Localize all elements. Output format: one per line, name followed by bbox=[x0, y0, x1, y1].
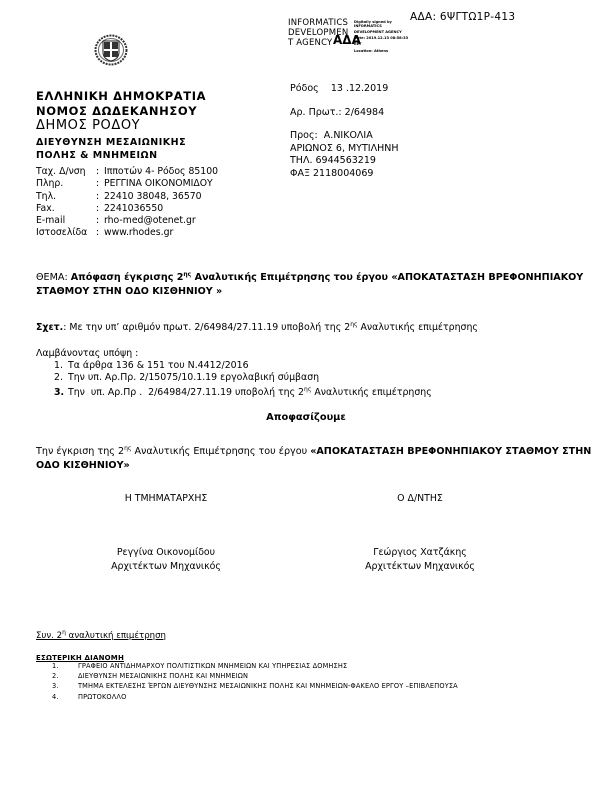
sender-directorate: ΔΙΕΥΘΥΝΣΗ ΜΕΣΑΙΩΝΙΚΗΣ bbox=[36, 136, 186, 149]
protocol-number: Αρ. Πρωτ.: 2/64984 bbox=[290, 107, 398, 120]
signature-left-name: Ρεγγίνα Οικονομίδου bbox=[86, 546, 246, 560]
signature-left-role: Η ΤΜΗΜΑΤΑΡΧΗΣ bbox=[86, 492, 246, 506]
stamp-detail: EET bbox=[354, 42, 361, 47]
recipient-address: ΑΡΙΩΝΟΣ 6, ΜΥΤΙΛΗΝΗ bbox=[290, 143, 398, 156]
contact-info-person: Πληρ.:ΡΕΓΓΙΝΑ ΟΙΚΟΝΟΜΙΔΟΥ bbox=[36, 178, 218, 190]
email-link[interactable]: rho-med@otenet.gr bbox=[104, 215, 196, 227]
subject-line: ΘΕΜΑ: Απόφαση έγκρισης 2ης Αναλυτικής Επ… bbox=[36, 268, 596, 299]
contact-fax: Fax.:2241036550 bbox=[36, 203, 218, 215]
sender-country: ΕΛΛΗΝΙΚΗ ΔΗΜΟΚΡΑΤΙΑ bbox=[36, 89, 206, 104]
distribution-item: 2.ΔΙΕΥΘΥΝΣΗ ΜΕΣΑΙΩΝΙΚΗΣ ΠΟΛΗΣ ΚΑΙ ΜΝΗΜΕΙ… bbox=[52, 671, 458, 681]
considering-item: 1.Τα άρθρα 136 & 151 του Ν.4412/2016 bbox=[54, 360, 432, 372]
digital-signature-stamp: INFORMATICS DEVELOPMEN T AGENCY ΑΔΑ Digi… bbox=[288, 19, 398, 59]
contact-phone: Τηλ.:22410 38048, 36570 bbox=[36, 191, 218, 203]
stamp-detail: Date: 2019.12.13 08:58:33 bbox=[354, 36, 408, 41]
relative-label: Σχετ. bbox=[36, 322, 63, 333]
signature-left-title: Αρχιτέκτων Μηχανικός bbox=[86, 560, 246, 574]
recipient-name: Προς: Α.ΝΙΚΟΛΙΑ bbox=[290, 130, 398, 143]
relative-reference: Σχετ.: Με την υπ’ αριθμόν πρωτ. 2/64984/… bbox=[36, 321, 478, 333]
contact-address: Ταχ. Δ/νση:Ιπποτών 4- Ρόδος 85100 bbox=[36, 166, 218, 178]
coat-of-arms-logo bbox=[94, 34, 128, 66]
distribution-item: 3.ΤΜΗΜΑ ΕΚΤΕΛΕΣΗΣ ΈΡΓΩΝ ΔΙΕΥΘΥΝΣΗΣ ΜΕΣΑΙ… bbox=[52, 681, 458, 691]
document-meta-block: Ρόδος 13 .12.2019 Αρ. Πρωτ.: 2/64984 Προ… bbox=[290, 83, 398, 180]
sender-municipality: ΔΗΜΟΣ ΡΟΔΟΥ bbox=[36, 118, 140, 134]
decision-text: Την έγκριση της 2ης Αναλυτικής Επιμέτρησ… bbox=[36, 442, 596, 473]
decision-title: Αποφασίζουμε bbox=[0, 412, 612, 423]
contact-website: Ιστοσελίδα:www.rhodes.gr bbox=[36, 227, 218, 239]
stamp-detail: DEVELOPMENT AGENCY bbox=[354, 30, 402, 35]
distribution-list: 1.ΓΡΑΦΕΙΟ ΑΝΤΙΔΗΜΑΡΧΟΥ ΠΟΛΙΤΙΣΤΙΚΩΝ ΜΝΗΜ… bbox=[52, 661, 458, 702]
recipient-phone: ΤΗΛ. 6944563219 bbox=[290, 155, 398, 168]
sender-directorate-cont: ΠΟΛΗΣ & ΜΝΗΜΕΙΩΝ bbox=[36, 149, 158, 162]
recipient-fax: ΦΑΞ 2118004069 bbox=[290, 168, 398, 181]
stamp-detail: INFORMATICS bbox=[354, 24, 382, 29]
considering-item: 3.Την υπ. Αρ.Πρ . 2/64984/27.11.19 υποβο… bbox=[54, 384, 432, 399]
enclosure-note: Συν. 2η αναλυτική επιμέτρηση bbox=[36, 629, 166, 641]
considering-item: 2.Την υπ. Αρ.Πρ. 2/15075/10.1.19 εργολαβ… bbox=[54, 372, 432, 384]
sender-contact-block: Ταχ. Δ/νση:Ιπποτών 4- Ρόδος 85100 Πληρ.:… bbox=[36, 166, 218, 240]
ada-code: ΑΔΑ: 6ΨΓΤΩ1Ρ-413 bbox=[410, 11, 515, 23]
considering-title: Λαμβάνοντας υπόψη : bbox=[36, 348, 432, 360]
distribution-item: 4.ΠΡΩΤΟΚΟΛΛΟ bbox=[52, 692, 458, 702]
signature-right-role: Ο Δ/ΝΤΗΣ bbox=[340, 492, 500, 506]
contact-email: E-mail:rho-med@otenet.gr bbox=[36, 215, 218, 227]
website-link[interactable]: www.rhodes.gr bbox=[104, 227, 173, 239]
stamp-detail: Location: Athens bbox=[354, 49, 388, 54]
signature-right-title: Αρχιτέκτων Μηχανικός bbox=[340, 560, 500, 574]
signature-right-name: Γεώργιος Χατζάκης bbox=[340, 546, 500, 560]
sender-prefecture: ΝΟΜΟΣ ΔΩΔΕΚΑΝΗΣΟΥ bbox=[36, 104, 197, 119]
stamp-line: T AGENCY bbox=[288, 39, 332, 49]
subject-label: ΘΕΜΑ: bbox=[36, 272, 71, 283]
considering-section: Λαμβάνοντας υπόψη : 1.Τα άρθρα 136 & 151… bbox=[36, 348, 432, 399]
place-date: Ρόδος 13 .12.2019 bbox=[290, 83, 398, 96]
distribution-item: 1.ΓΡΑΦΕΙΟ ΑΝΤΙΔΗΜΑΡΧΟΥ ΠΟΛΙΤΙΣΤΙΚΩΝ ΜΝΗΜ… bbox=[52, 661, 458, 671]
